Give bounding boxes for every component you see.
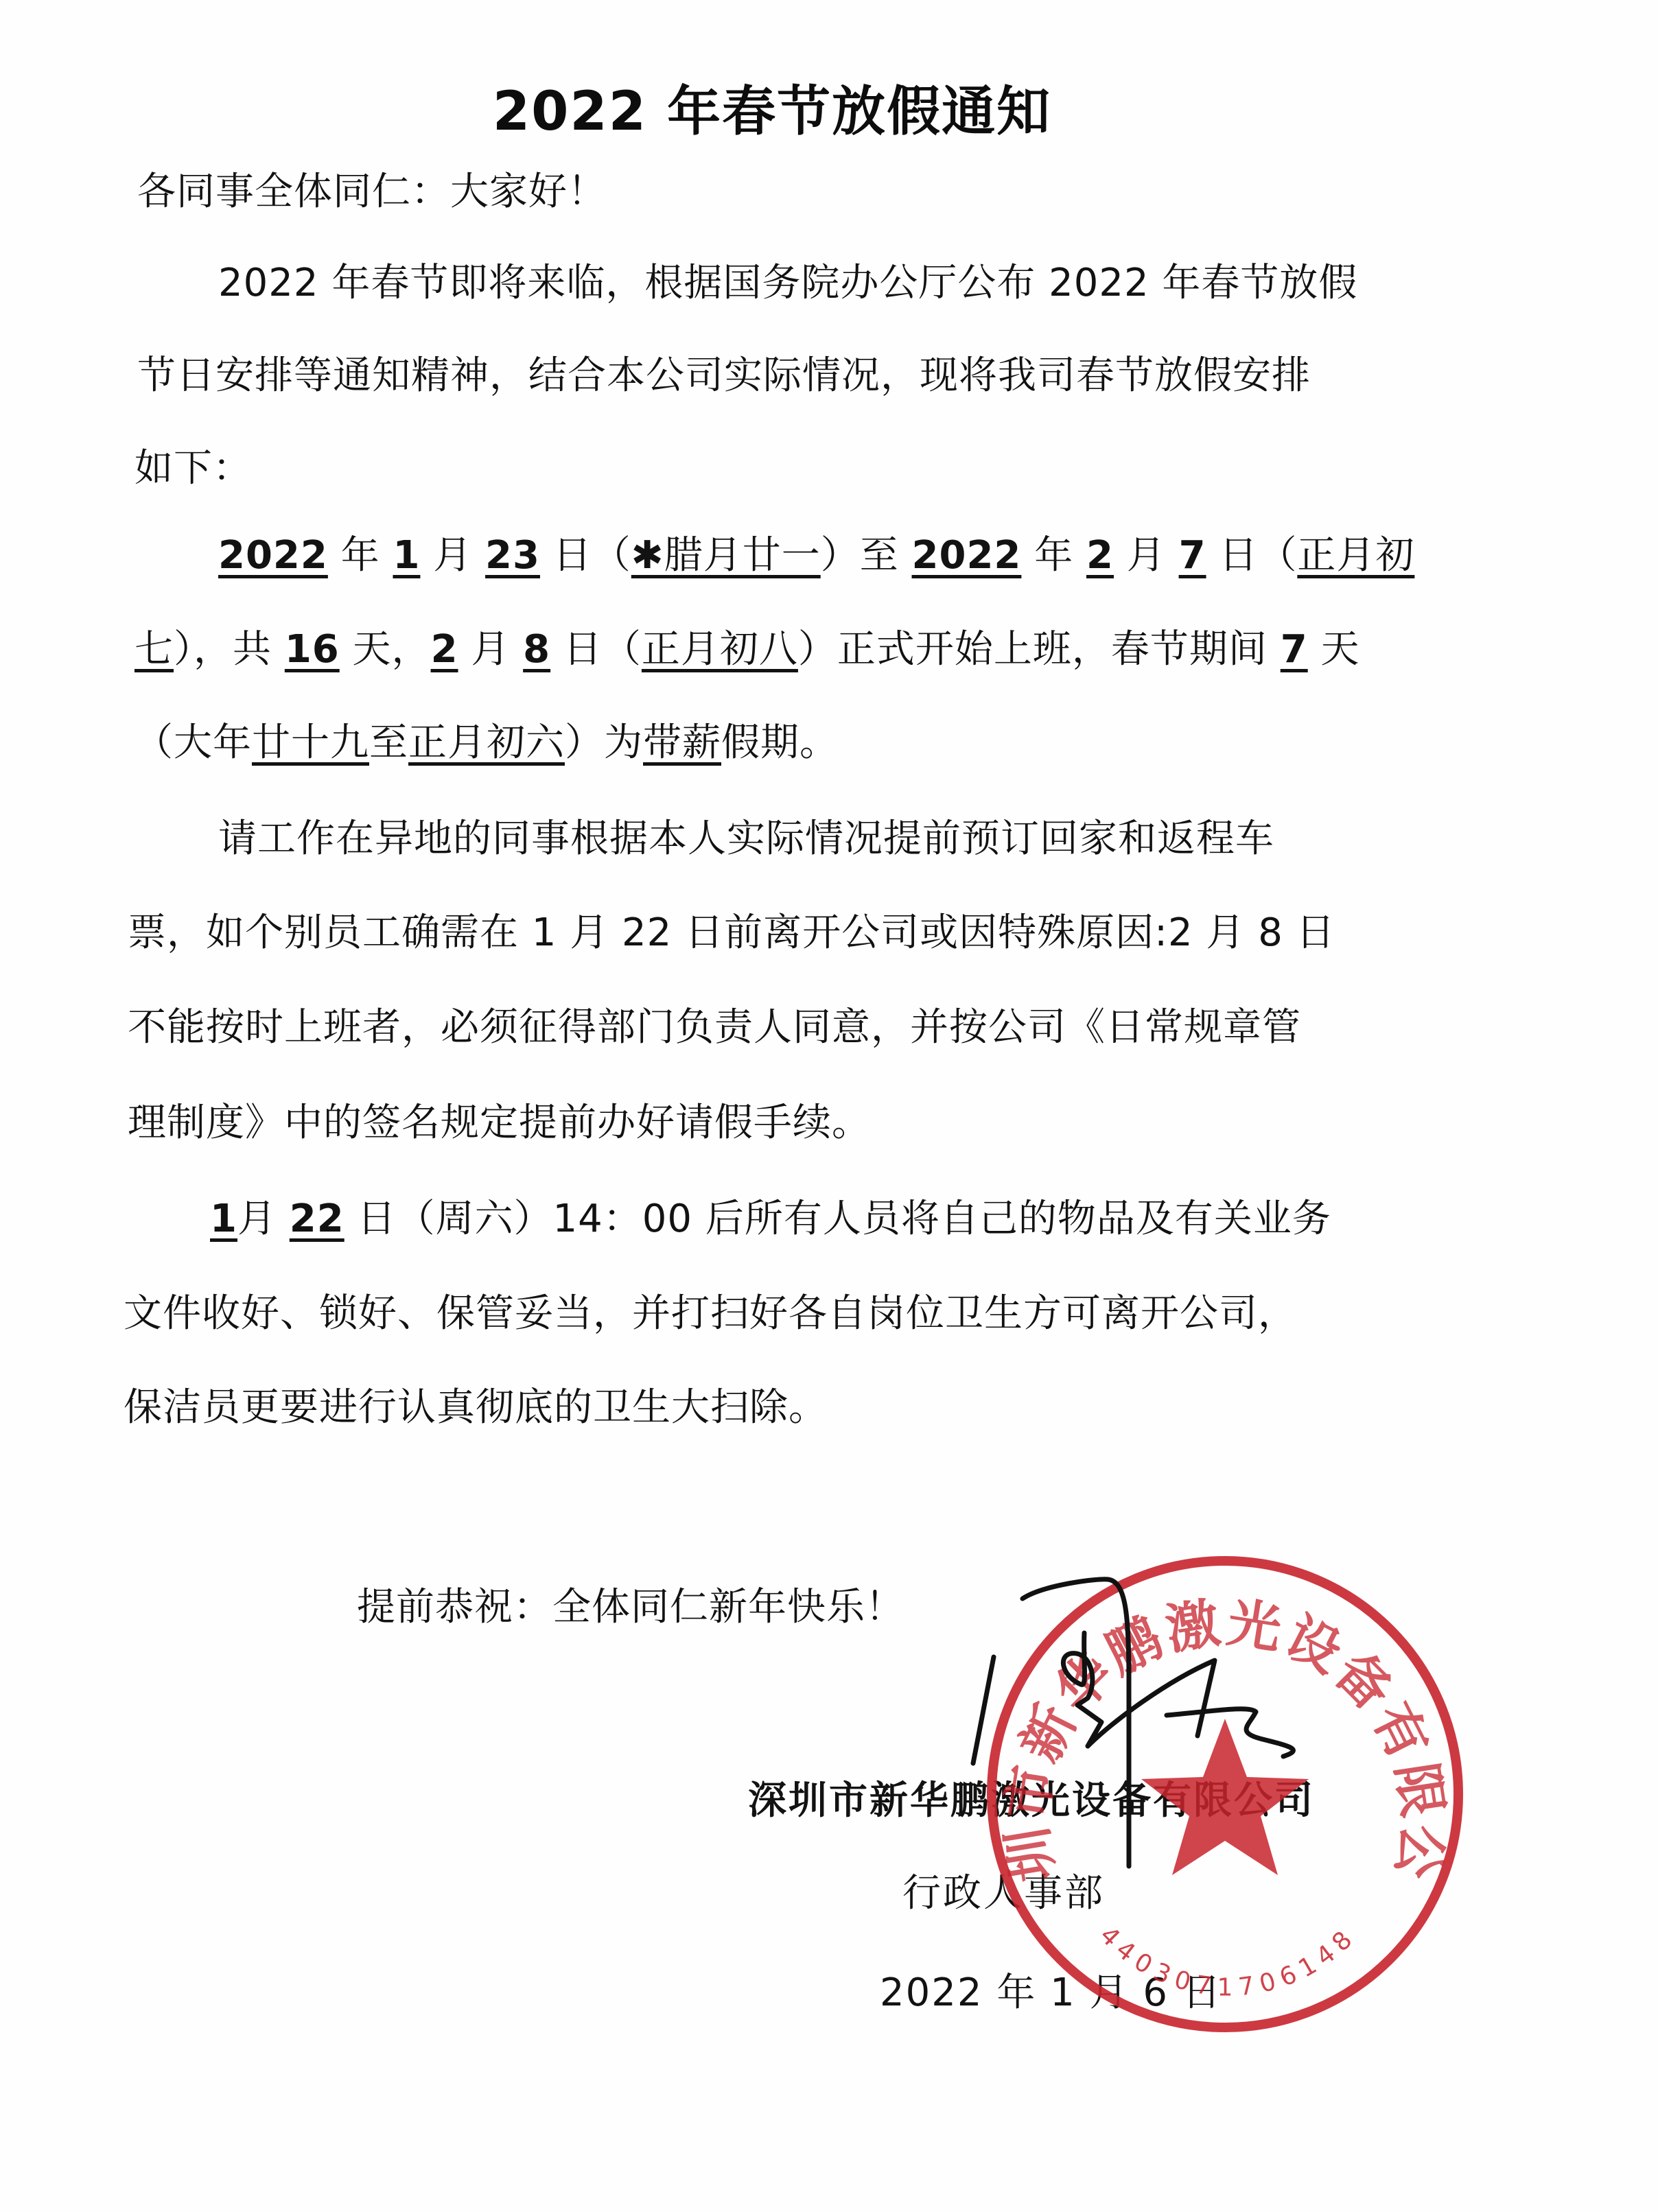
paragraph4-line1: 1月 22 日（周六）14：00 后所有人员将自己的物品及有关业务 [210,1195,1331,1243]
paragraph3-line1: 请工作在异地的同事根据本人实际情况提前预订回家和返程车 [218,815,1274,863]
text: 日（周六）14：00 后所有人员将自己的物品及有关业务 [345,1197,1331,1241]
paragraph3-line3: 不能按时上班者，必须征得部门负责人同意，并按公司《日常规章管 [128,1004,1301,1052]
paid-end: 正月初六 [408,720,565,765]
lunar-return-date: 正月初八 [642,627,798,672]
text: 年 [328,533,393,578]
start-day: 23 [485,533,540,578]
company-name: 深圳市新华鹏激光设备有限公司 [748,1777,1315,1825]
text: ）正式开始上班，春节期间 [798,627,1281,672]
text: ）为 [565,720,643,765]
text: 年 [1021,533,1086,578]
text: 日（ [1206,533,1298,578]
leave-day: 22 [290,1197,345,1241]
issue-date: 2022 年 1 月 6 日 [880,1969,1222,2017]
paragraph1-line2: 节日安排等通知精神，结合本公司实际情况，现将我司春节放假安排 [137,352,1311,400]
department-name: 行政人事部 [902,1870,1105,1918]
end-month: 2 [1086,533,1114,578]
start-year: 2022 [218,533,328,578]
closing-greeting: 提前恭祝：全体同仁新年快乐！ [357,1584,904,1632]
text: 天， [340,627,431,672]
holiday-period-line1: 2022 年 1 月 23 日（✱腊月廿一）至 2022 年 2 月 7 日（正… [218,532,1414,580]
text: 假期。 [721,720,839,765]
paragraph4-line3: 保洁员更要进行认真彻底的卫生大扫除。 [124,1384,828,1432]
end-day: 7 [1179,533,1206,578]
notice-page: 2022 年春节放假通知 各同事全体同仁：大家好！ 2022 年春节即将来临，根… [0,0,1658,2212]
text: 月 [1114,533,1179,578]
paragraph4-line2: 文件收好、锁好、保管妥当，并打扫好各自岗位卫生方可离开公司， [124,1290,1297,1338]
text: 月 [420,533,485,578]
holiday-period-line3: （大年廿十九至正月初六）为带薪假期。 [135,719,839,767]
text: ）至 [821,533,912,578]
text: 天 [1308,627,1360,672]
paragraph3-line4: 理制度》中的签名规定提前办好请假手续。 [128,1099,871,1147]
paragraph1-line1: 2022 年春节即将来临，根据国务院办公厅公布 2022 年春节放假 [218,259,1357,307]
leave-month: 1 [210,1197,237,1241]
svg-text:深圳市新华鹏激光设备有限公司: 深圳市新华鹏激光设备有限公司 [978,1547,1453,1886]
paid-word: 带薪 [643,720,721,765]
paragraph3-line2: 票，如个别员工确需在 1 月 22 日前离开公司或因特殊原因:2 月 8 日 [128,909,1335,957]
start-month: 1 [393,533,420,578]
end-year: 2022 [912,533,1022,578]
lunar-start-date: ✱腊月廿一 [631,533,821,578]
greeting: 各同事全体同仁：大家好！ [137,168,607,216]
total-days: 16 [285,627,340,672]
text: ），共 [174,627,285,672]
return-day: 8 [523,627,550,672]
text: 日（ [550,627,642,672]
paid-days: 7 [1281,627,1308,672]
text: 月 [458,627,524,672]
text: 至 [369,720,408,765]
text: （大年 [135,720,252,765]
holiday-period-line2: 七），共 16 天，2 月 8 日（正月初八）正式开始上班，春节期间 7 天 [135,626,1360,674]
page-title: 2022 年春节放假通知 [0,69,1544,145]
lunar-end-date-part1: 正月初 [1297,533,1414,578]
lunar-end-date-part2: 七 [135,627,174,672]
return-month: 2 [431,627,458,672]
text: 日（ [540,533,631,578]
paragraph1-line3: 如下： [135,445,252,493]
paid-start: 廿十九 [252,720,369,765]
text: 月 [237,1197,290,1241]
